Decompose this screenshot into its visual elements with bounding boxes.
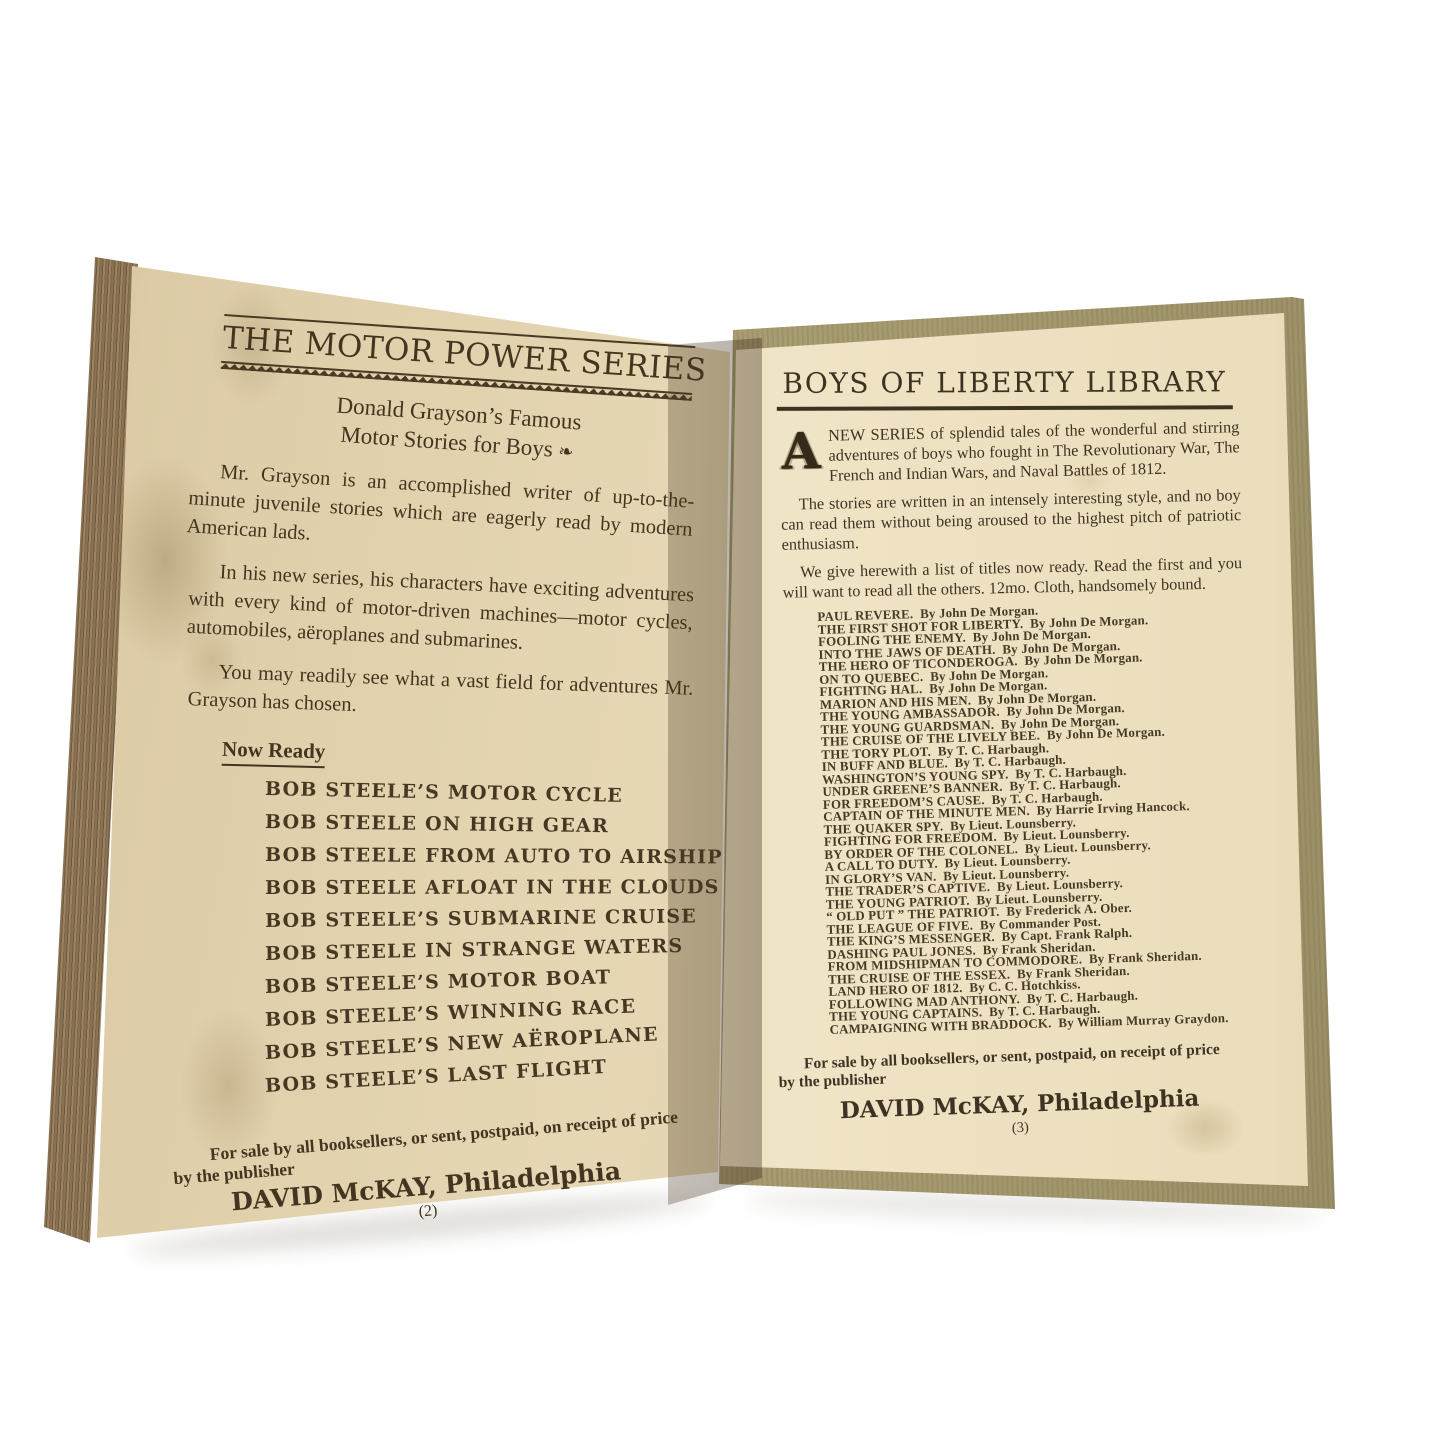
left-page-subtitle: Donald Grayson’s Famous Motor Stories fo… <box>220 383 695 476</box>
title-rule <box>777 405 1233 411</box>
right-page: BOYS OF LIBERTY LIBRARY ANEW SERIES of s… <box>764 361 1260 1142</box>
book-title-line: BOB STEELE’S MOTOR CYCLE <box>265 778 698 808</box>
left-paragraph-3: You may readily see what a vast field fo… <box>187 657 694 731</box>
book-title-line: BOB STEELE IN STRANGE WATERS <box>265 935 698 965</box>
left-paragraph-1: Mr. Grayson is an accomplished writer of… <box>186 456 695 572</box>
left-page: THE MOTOR POWER SERIES Donald Grayson’s … <box>150 330 698 1221</box>
floral-ornament-icon: ❧ <box>558 441 575 463</box>
right-paragraph-2: The stories are written in an intensely … <box>781 485 1242 555</box>
book-title-line: BOB STEELE ON HIGH GEAR <box>265 811 698 838</box>
book-title-line: BOB STEELE’S MOTOR BOAT <box>265 964 698 998</box>
motor-power-title-list: BOB STEELE’S MOTOR CYCLEBOB STEELE ON HI… <box>150 778 698 1097</box>
now-ready-heading: Now Ready <box>222 737 326 769</box>
book-title-line: BOB STEELE FROM AUTO TO AIRSHIP <box>265 844 698 868</box>
right-page-title: BOYS OF LIBERTY LIBRARY <box>764 365 1244 400</box>
right-intro-paragraph: ANEW SERIES of splendid tales of the won… <box>781 417 1240 487</box>
ornamental-dropcap: A <box>781 429 821 474</box>
book-title-line: BOB STEELE’S SUBMARINE CRUISE <box>265 905 698 932</box>
left-paragraph-2: In his new series, his characters have e… <box>186 557 695 666</box>
right-page-footer: For sale by all booksellers, or sent, po… <box>778 1040 1261 1146</box>
book-title-line: BOB STEELE AFLOAT IN THE CLOUDS <box>265 876 698 899</box>
right-paragraph-3: We give herewith a list of titles now re… <box>782 553 1243 603</box>
book-photo: THE MOTOR POWER SERIES Donald Grayson’s … <box>0 0 1445 1445</box>
intro-text: NEW SERIES of splendid tales of the wond… <box>828 417 1240 485</box>
boys-of-liberty-title-list: PAUL REVERE. By John De Morgan.THE FIRST… <box>817 598 1259 1036</box>
